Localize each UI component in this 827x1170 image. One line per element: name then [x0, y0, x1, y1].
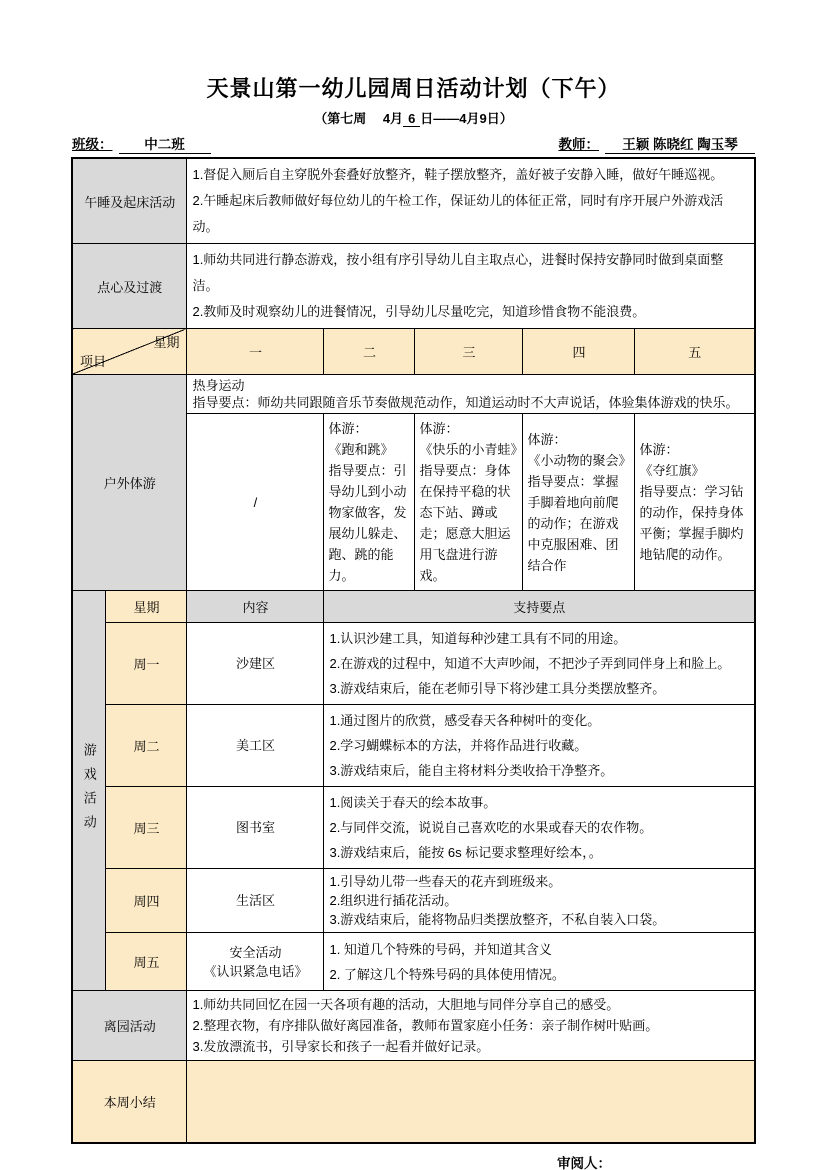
class-label: 班级：	[72, 137, 113, 152]
outdoor-cell-mon: /	[187, 414, 324, 591]
game-row-content: 生活区	[187, 869, 324, 933]
game-row-points: 1.认识沙建工具，知道每种沙建工具有不同的用途。 2.在游戏的过程中，知道不大声…	[324, 623, 755, 705]
outdoor-game-name: 《快乐的小青蛙》	[419, 439, 518, 460]
meta-row: 班级：中二班 教师：王颖 陈晓红 陶玉琴	[72, 133, 755, 154]
subtitle-pre: （第七周 4月	[314, 111, 403, 126]
warmup-cell: 热身运动 指导要点：师幼共同跟随音乐节奏做规范动作，知道运动时不大声说话，体验集…	[187, 375, 755, 414]
leave-line: 1.师幼共同回忆在园一天各项有趣的活动，大胆地与同伴分享自己的感受。	[192, 994, 749, 1015]
outdoor-cell-wed: 体游： 《快乐的小青蛙》 指导要点：身体在保持平稳的状态下站、蹲或走；愿意大胆运…	[415, 414, 523, 591]
game-point: 3.游戏结束后，能自主将材料分类收拾干净整齐。	[329, 758, 749, 783]
leave-row-content: 1.师幼共同回忆在园一天各项有趣的活动，大胆地与同伴分享自己的感受。 2.整理衣…	[187, 991, 755, 1061]
game-point: 1. 知道几个特殊的号码，并知道其含义	[329, 937, 749, 962]
game-row-content: 图书室	[187, 787, 324, 869]
leave-row-label: 离园活动	[72, 991, 187, 1061]
game-row-content: 美工区	[187, 705, 324, 787]
outdoor-game-name: 《小动物的聚会》	[527, 450, 630, 471]
nap-row-content: 1.督促入厕后自主穿脱外套叠好放整齐，鞋子摆放整齐，盖好被子安静入睡，做好午睡巡…	[187, 158, 755, 244]
snack-row-content: 1.师幼共同进行静态游戏，按小组有序引导幼儿自主取点心，进餐时保持安静同时做到桌…	[187, 244, 755, 329]
snack-line: 2.教师及时观察幼儿的进餐情况，引导幼儿尽量吃完，知道珍惜食物不能浪费。	[192, 299, 749, 325]
outdoor-game-points: 指导要点：学习钻的动作，保持身体平衡；掌握手脚灼地钻爬的动作。	[639, 481, 750, 565]
day-header-fri: 五	[635, 329, 755, 375]
outdoor-game-title: 体游：	[328, 418, 410, 439]
game-row-points: 1.引导幼儿带一些春天的花卉到班级来。 2.组织进行插花活动。 3.游戏结束后，…	[324, 869, 755, 933]
game-row-content: 沙建区	[187, 623, 324, 705]
warmup-points: 指导要点：师幼共同跟随音乐节奏做规范动作，知道运动时不大声说话，体验集体游戏的快…	[192, 394, 749, 411]
leave-line: 3.发放漂流书，引导家长和孩子一起看并做好记录。	[192, 1036, 749, 1057]
corner-item-label: 项目	[80, 351, 106, 370]
nap-row-label: 午睡及起床活动	[72, 158, 187, 244]
snack-line: 1.师幼共同进行静态游戏，按小组有序引导幼儿自主取点心，进餐时保持安静同时做到桌…	[192, 247, 749, 299]
game-point: 1.阅读关于春天的绘本故事。	[329, 790, 749, 815]
nap-line: 1.督促入厕后自主穿脱外套叠好放整齐，鞋子摆放整齐，盖好被子安静入睡，做好午睡巡…	[192, 162, 749, 188]
game-point: 1.通过图片的欣赏，感受春天各种树叶的变化。	[329, 708, 749, 733]
game-point: 2.组织进行插花活动。	[329, 891, 749, 910]
game-row-day: 周二	[106, 705, 187, 787]
teacher-label: 教师：	[559, 137, 600, 152]
class-value: 中二班	[119, 133, 211, 154]
game-point: 3.游戏结束后，能在老师引导下将沙建工具分类摆放整齐。	[329, 676, 749, 701]
game-row-points: 1.阅读关于春天的绘本故事。 2.与同伴交流，说说自己喜欢吃的水果或春天的农作物…	[324, 787, 755, 869]
reviewer-row: 审阅人：	[72, 1152, 755, 1170]
outdoor-game-title: 体游：	[527, 429, 630, 450]
outdoor-game-name: 《跑和跳》	[328, 439, 410, 460]
outdoor-cell-tue: 体游： 《跑和跳》 指导要点：引导幼儿到小动物家做客，发展幼儿躲走、跑、跳的能力…	[324, 414, 415, 591]
game-point: 1.认识沙建工具，知道每种沙建工具有不同的用途。	[329, 626, 749, 651]
weekly-plan-table: 午睡及起床活动 1.督促入厕后自主穿脱外套叠好放整齐，鞋子摆放整齐，盖好被子安静…	[71, 157, 756, 1144]
doc-title: 天景山第一幼儿园周日活动计划（下午）	[0, 0, 827, 103]
game-point: 1.引导幼儿带一些春天的花卉到班级来。	[329, 872, 749, 891]
game-row-day: 周四	[106, 869, 187, 933]
day-header-wed: 三	[415, 329, 523, 375]
summary-content-cell	[187, 1061, 755, 1143]
game-point: 2. 了解这几个特殊号码的具体使用情况。	[329, 962, 749, 987]
reviewer-label: 审阅人：	[557, 1156, 611, 1170]
nap-line: 2.午睡起床后教师做好每位幼儿的午检工作，保证幼儿的体征正常，同时有序开展户外游…	[192, 188, 749, 240]
games-section-label: 游戏活动	[83, 743, 96, 839]
outdoor-cell-fri: 体游： 《夺红旗》 指导要点：学习钻的动作，保持身体平衡；掌握手脚灼地钻爬的动作…	[635, 414, 755, 591]
corner-header-cell: 星期 项目	[72, 329, 187, 375]
outdoor-game-title: 体游：	[419, 418, 518, 439]
day-header-tue: 二	[324, 329, 415, 375]
games-header-points: 支持要点	[324, 591, 755, 623]
subtitle-post: 日——4月9日）	[420, 111, 512, 126]
game-point: 3.游戏结束后，能将物品归类摆放整齐，不私自装入口袋。	[329, 910, 749, 929]
outdoor-game-points: 指导要点：掌握手脚着地向前爬的动作；在游戏中克服困难、团结合作	[527, 471, 630, 576]
games-header-week: 星期	[106, 591, 187, 623]
class-field: 班级：中二班	[72, 133, 211, 154]
snack-row-label: 点心及过渡	[72, 244, 187, 329]
summary-row-label: 本周小结	[72, 1061, 187, 1143]
game-point: 2.在游戏的过程中，知道不大声吵闹，不把沙子弄到同伴身上和脸上。	[329, 651, 749, 676]
outdoor-game-name: 《夺红旗》	[639, 460, 750, 481]
corner-week-label: 星期	[153, 332, 179, 351]
doc-subtitle: （第七周 4月6日——4月9日）	[0, 108, 827, 127]
game-row-points: 1.通过图片的欣赏，感受春天各种树叶的变化。 2.学习蝴蝶标本的方法，并将作品进…	[324, 705, 755, 787]
subtitle-day-underlined: 6	[403, 111, 420, 127]
leave-line: 2.整理衣物，有序排队做好离园准备，教师布置家庭小任务：亲子制作树叶贴画。	[192, 1015, 749, 1036]
game-row-day: 周三	[106, 787, 187, 869]
document-page: 天景山第一幼儿园周日活动计划（下午） （第七周 4月6日——4月9日） 班级：中…	[0, 0, 827, 1170]
outdoor-game-points: 指导要点：身体在保持平稳的状态下站、蹲或走；愿意大胆运用飞盘进行游戏。	[419, 460, 518, 586]
game-point: 2.与同伴交流，说说自己喜欢吃的水果或春天的农作物。	[329, 815, 749, 840]
outdoor-game-points: 指导要点：引导幼儿到小动物家做客，发展幼儿躲走、跑、跳的能力。	[328, 460, 410, 586]
game-row-day: 周五	[106, 933, 187, 991]
outdoor-row-label: 户外体游	[72, 375, 187, 591]
games-section-label-cell: 游戏活动	[72, 591, 106, 991]
teacher-value: 王颖 陈晓红 陶玉琴	[605, 133, 755, 154]
teacher-field: 教师：王颖 陈晓红 陶玉琴	[559, 133, 756, 154]
outdoor-game-title: 体游：	[639, 439, 750, 460]
game-point: 3.游戏结束后，能按 6s 标记要求整理好绘本，。	[329, 840, 749, 865]
games-header-content: 内容	[187, 591, 324, 623]
game-row-points: 1. 知道几个特殊的号码，并知道其含义 2. 了解这几个特殊号码的具体使用情况。	[324, 933, 755, 991]
outdoor-cell-thu: 体游： 《小动物的聚会》 指导要点：掌握手脚着地向前爬的动作；在游戏中克服困难、…	[523, 414, 635, 591]
game-row-day: 周一	[106, 623, 187, 705]
day-header-mon: 一	[187, 329, 324, 375]
game-row-content: 安全活动 《认识紧急电话》	[187, 933, 324, 991]
day-header-thu: 四	[523, 329, 635, 375]
game-point: 2.学习蝴蝶标本的方法，并将作品进行收藏。	[329, 733, 749, 758]
warmup-title: 热身运动	[192, 377, 749, 394]
